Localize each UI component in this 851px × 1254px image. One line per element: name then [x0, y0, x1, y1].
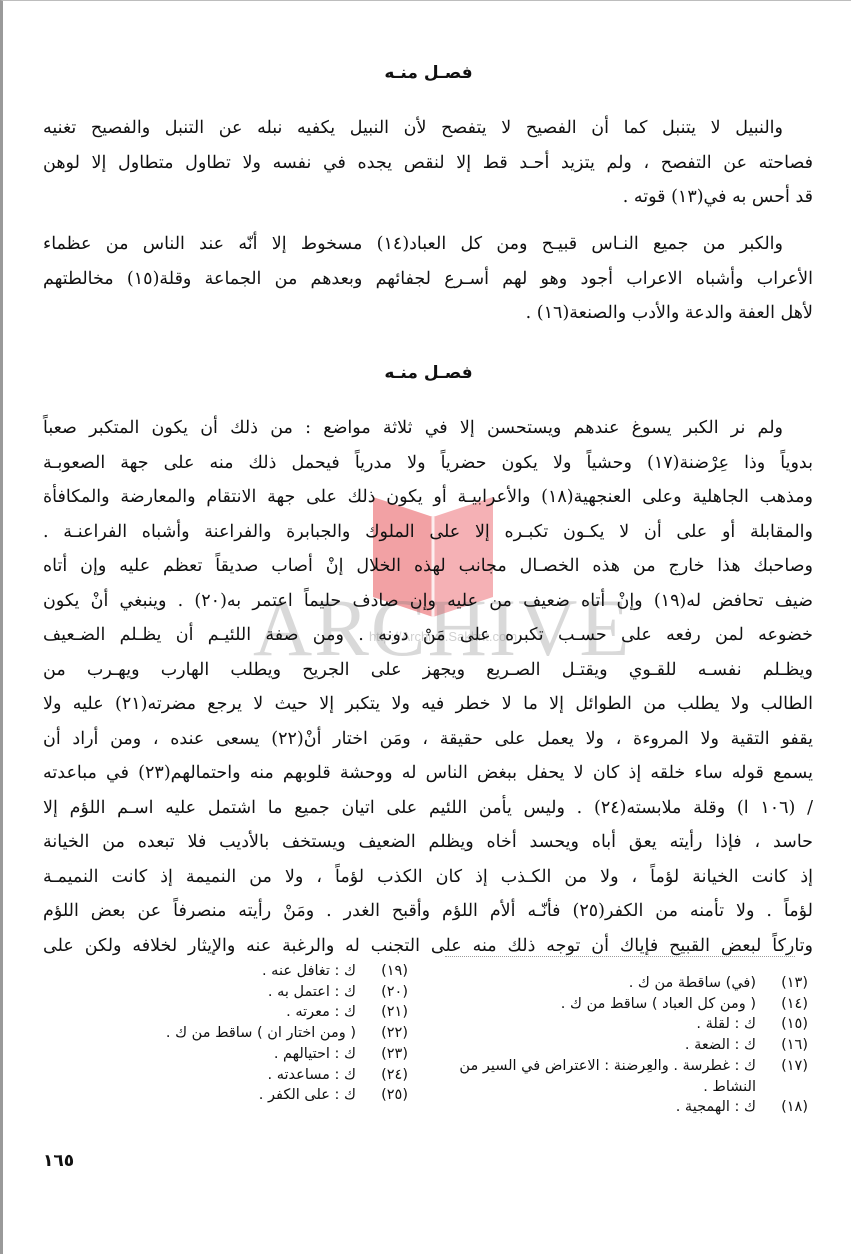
footnote-22: (٢٢) ( ومن اختار ان ) ساقط من ك . [103, 1023, 408, 1044]
footnote-21: (٢١) ك : معرته . [103, 1002, 408, 1023]
footnotes-left-column: (١٩) ك : تغافل عنه . (٢٠) ك : اعتمل به .… [103, 961, 408, 1106]
footnote-13: (١٣) (في) ساقطة من ك . [438, 973, 808, 994]
section-heading-2: فصـل منـه [3, 363, 851, 383]
text-line: قد أحس به في(١٣) قوته . [43, 180, 813, 215]
text-line: لؤماً . ولا تأمنه من الكفر(٢٥) فأنّـه أل… [43, 894, 813, 929]
text-line: الأعراب وأشباه الاعراب أجود وهو لهم أسـر… [43, 262, 813, 297]
footnote-text: ( ومن كل العباد ) ساقط من ك . [438, 994, 756, 1015]
text-line: لأهل العفة والدعة والأدب والصنعة(١٦) . [43, 296, 813, 331]
text-line: ضيف تحافض له(١٩) وإنْ أتاه ضعيف من عليه … [43, 584, 813, 619]
footnote-23: (٢٣) ك : احتيالهم . [103, 1044, 408, 1065]
footnote-number: (٢٢) [356, 1023, 408, 1044]
footnote-20: (٢٠) ك : اعتمل به . [103, 982, 408, 1003]
footnote-text: ك : احتيالهم . [103, 1044, 356, 1065]
paragraph-1: والنبيل لا يتنبل كما أن الفصيح لا يتفصح … [43, 111, 813, 215]
footnote-number: (١٦) [756, 1035, 808, 1056]
text-line: / (١٠٦ ا) وقلة ملابسته(٢٤) . وليس يأمن ا… [43, 791, 813, 826]
section-heading-1: فصـل منـه [3, 63, 851, 83]
text-line: خضوعه لمن رفعه على حسـب تكبره على مَنْ د… [43, 618, 813, 653]
footnote-separator [445, 956, 795, 957]
text-line: ويظـلم نفسـه للقـوي ويقتـل الصـريع ويجهز… [43, 653, 813, 688]
footnote-number: (١٨) [756, 1097, 808, 1118]
footnote-text: ك : لقلة . [438, 1014, 756, 1035]
footnote-number: (١٤) [756, 994, 808, 1015]
text-line: والكبر من جميع النـاس قبيـح ومن كل العبا… [43, 227, 813, 262]
text-line: فصاحته عن التفصح ، ولم يتزيد أحـد قط إلا… [43, 146, 813, 181]
page-number: ١٦٥ [43, 1151, 74, 1171]
footnote-number: (٢٤) [356, 1065, 408, 1086]
footnote-text: ك : غطرسة . والعِرضنة : الاعتراض في السي… [438, 1056, 756, 1097]
footnote-text: ك : الهمجية . [438, 1097, 756, 1118]
text-line: يسمع قوله ساء خلقه إذ كان لا يحفل ببغض ا… [43, 756, 813, 791]
text-line: وتاركاً لبعض القبيح فإياك أن توجه ذلك من… [43, 929, 813, 964]
text-line: ولم نر الكبر يسوغ عندهم ويستحسن إلا في ث… [43, 411, 813, 446]
paragraph-2: والكبر من جميع النـاس قبيـح ومن كل العبا… [43, 227, 813, 331]
footnote-24: (٢٤) ك : مساعدته . [103, 1065, 408, 1086]
book-page: ARCHIVE http://Archive.Sakhrit.com فصـل … [0, 0, 851, 1254]
text-line: ومذهب الجاهلية وعلى العنجهية(١٨) والأعرا… [43, 480, 813, 515]
footnote-number: (١٥) [756, 1014, 808, 1035]
footnote-16: (١٦) ك : الضعة . [438, 1035, 808, 1056]
footnote-text: ك : مساعدته . [103, 1065, 356, 1086]
footnote-18: (١٨) ك : الهمجية . [438, 1097, 808, 1118]
text-line: والمقابلة أو على أن لا يكـون تكبـره إلا … [43, 515, 813, 550]
footnote-number: (١٩) [356, 961, 408, 982]
footnote-text: (في) ساقطة من ك . [438, 973, 756, 994]
footnote-text: ك : الضعة . [438, 1035, 756, 1056]
text-line: بدوياً وذا عِرْضنة(١٧) وحشياً ولا يكون ح… [43, 446, 813, 481]
footnote-number: (١٧) [756, 1056, 808, 1097]
footnote-25: (٢٥) ك : على الكفر . [103, 1085, 408, 1106]
text-line: وصاحبك هذا خارج من هذه الخصـال مجانب لهذ… [43, 549, 813, 584]
footnote-text: ( ومن اختار ان ) ساقط من ك . [103, 1023, 356, 1044]
footnote-number: (٢٥) [356, 1085, 408, 1106]
footnote-19: (١٩) ك : تغافل عنه . [103, 961, 408, 982]
footnote-text: ك : تغافل عنه . [103, 961, 356, 982]
footnote-text: ك : على الكفر . [103, 1085, 356, 1106]
footnote-17: (١٧) ك : غطرسة . والعِرضنة : الاعتراض في… [438, 1056, 808, 1097]
paragraph-3: ولم نر الكبر يسوغ عندهم ويستحسن إلا في ث… [43, 411, 813, 963]
text-line: والنبيل لا يتنبل كما أن الفصيح لا يتفصح … [43, 111, 813, 146]
footnotes-right-column: (١٣) (في) ساقطة من ك . (١٤) ( ومن كل الع… [438, 973, 808, 1118]
footnote-number: (٢٠) [356, 982, 408, 1003]
footnote-text: ك : اعتمل به . [103, 982, 356, 1003]
footnote-number: (٢٣) [356, 1044, 408, 1065]
footnote-14: (١٤) ( ومن كل العباد ) ساقط من ك . [438, 994, 808, 1015]
text-line: حاسد ، فإذا رأيته يعق أباه ويحسد أخاه وي… [43, 825, 813, 860]
footnote-number: (١٣) [756, 973, 808, 994]
footnote-text: ك : معرته . [103, 1002, 356, 1023]
text-line: يقفو التقية ولا المروءة ، ولا يعمل على ح… [43, 722, 813, 757]
text-line: الطالب ولا يطلب من الطوائل إلا ما لا خطر… [43, 687, 813, 722]
footnote-number: (٢١) [356, 1002, 408, 1023]
text-line: إذ كانت الخيانة لؤماً ، ولا من الكـذب إذ… [43, 860, 813, 895]
footnote-15: (١٥) ك : لقلة . [438, 1014, 808, 1035]
